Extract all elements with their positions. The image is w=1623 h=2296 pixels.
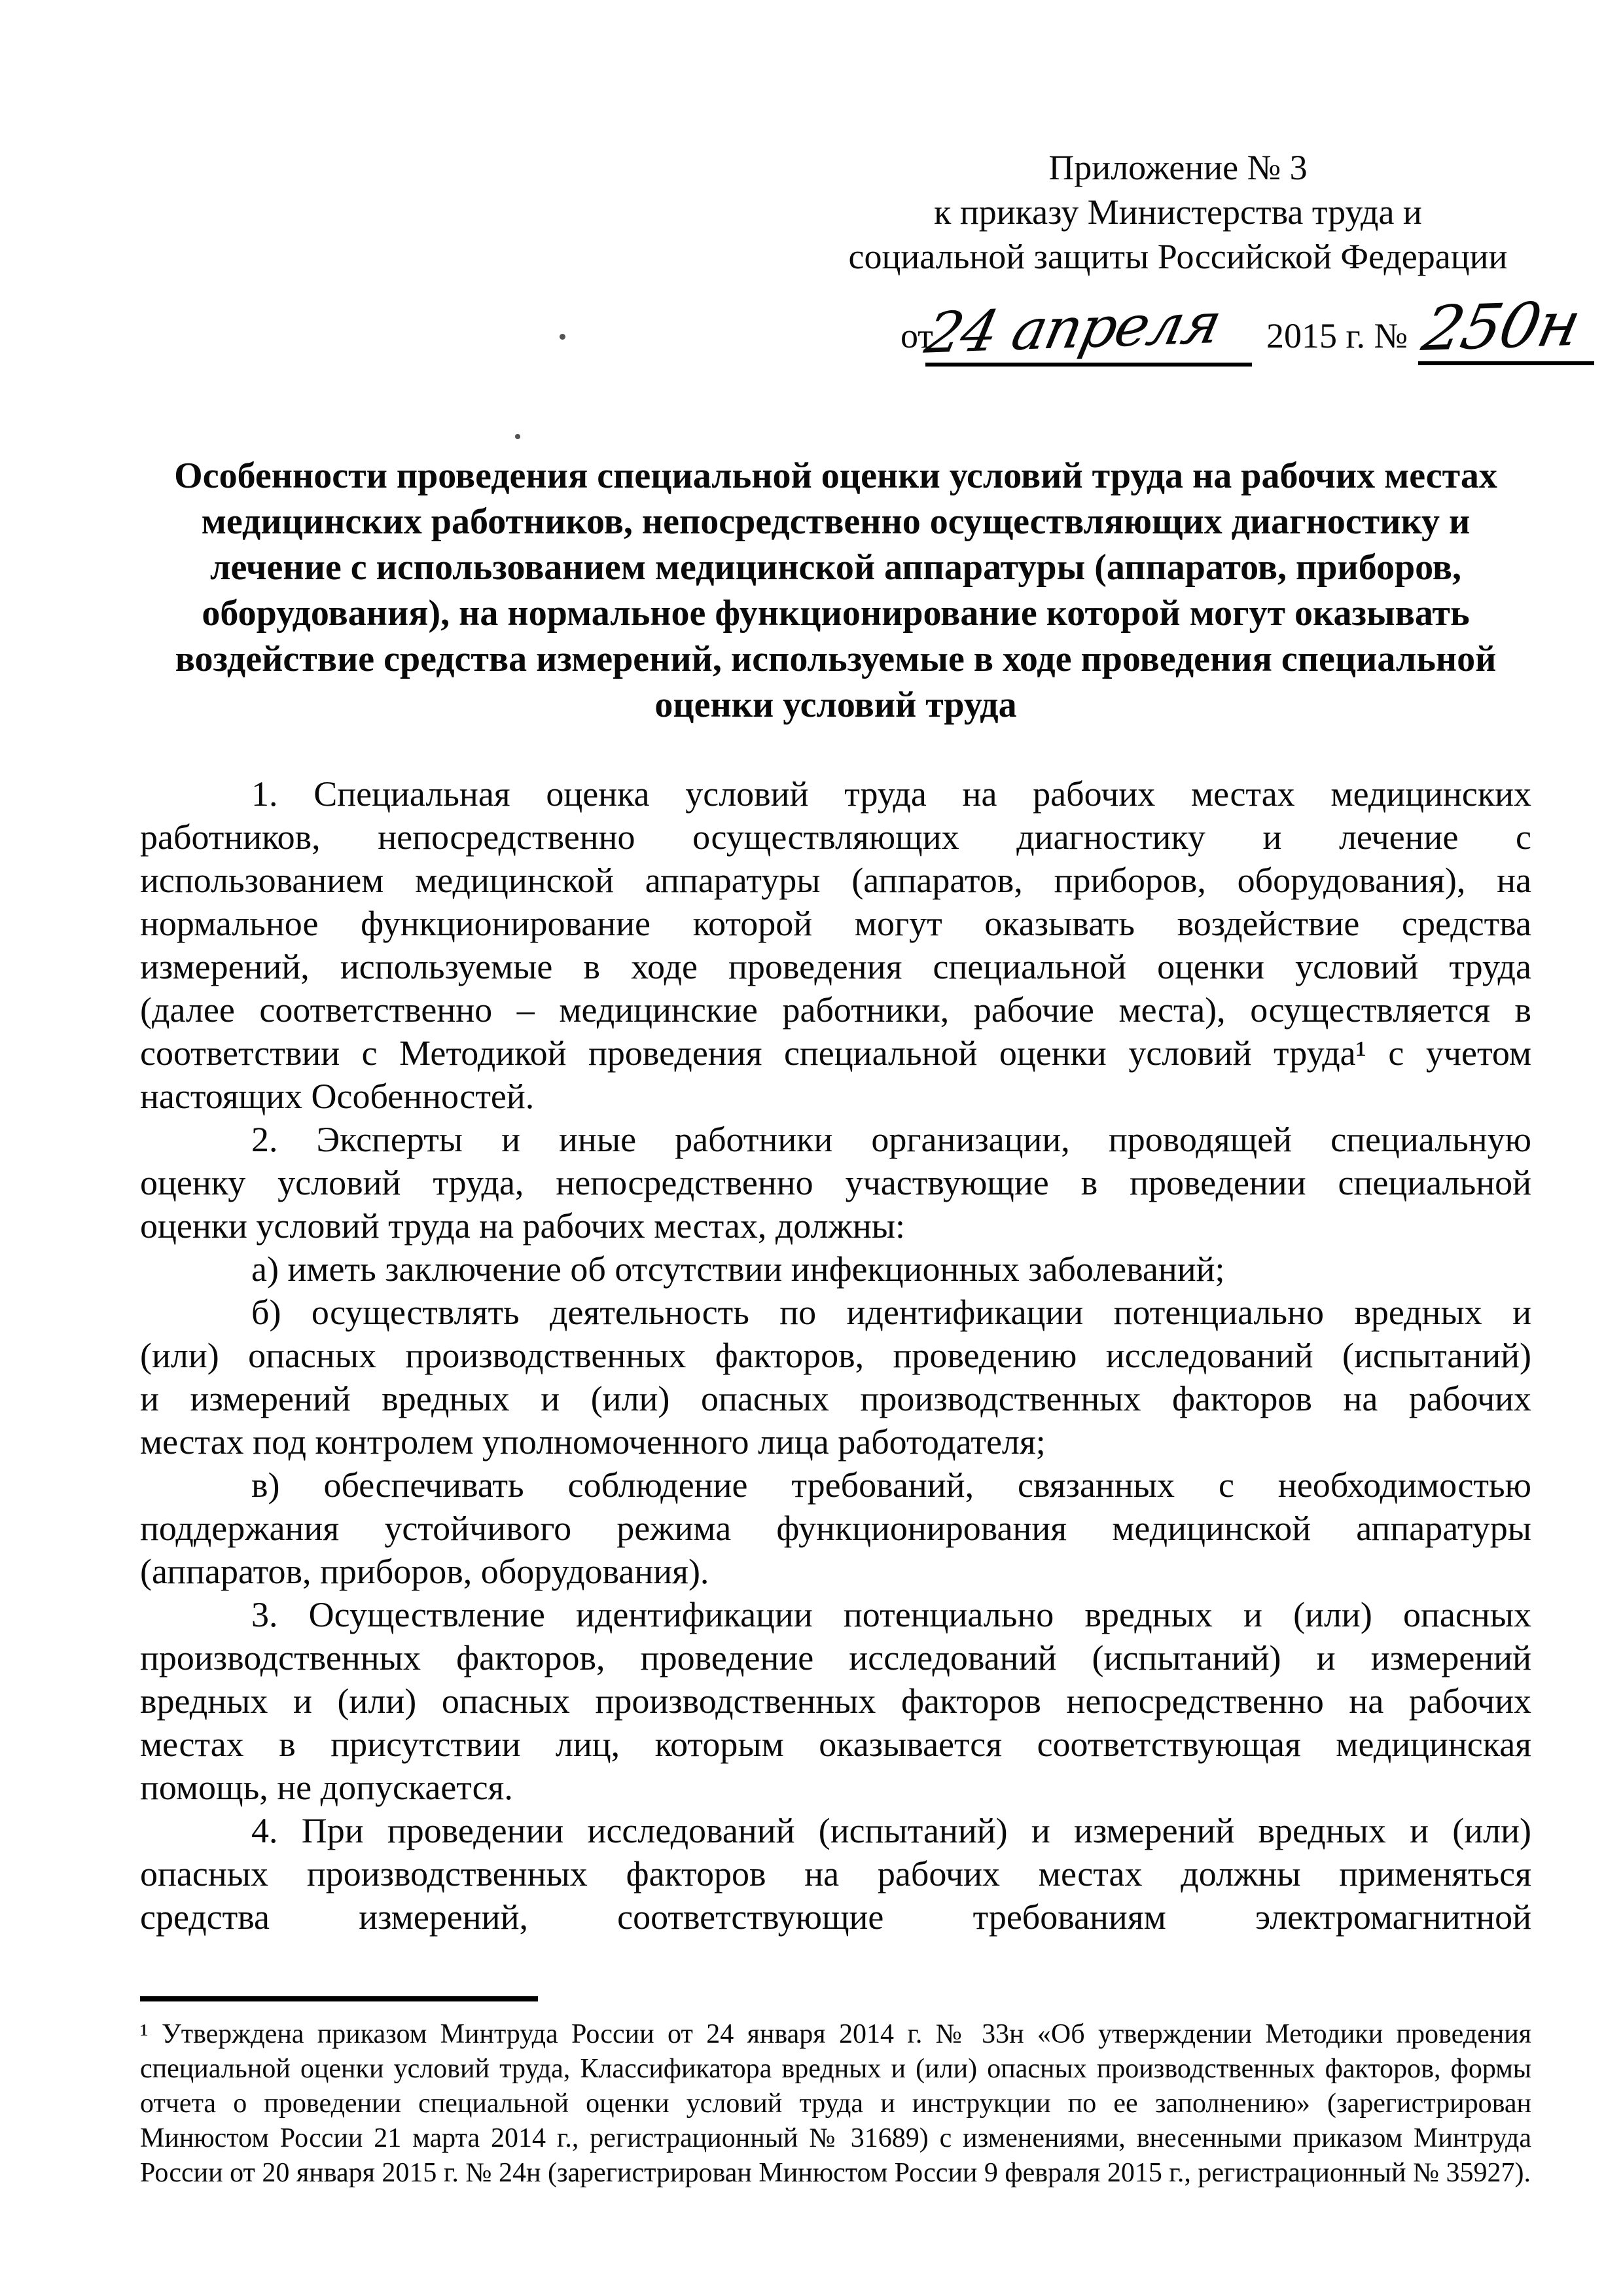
body-line: производственных факторов, проведение ис… [140,1636,1531,1679]
title-line: медицинских работников, непосредственно … [140,499,1531,545]
footnote-separator [140,1996,538,2001]
paragraph: 1. Специальная оценка условий труда на р… [140,772,1531,1118]
body-line: поддержания устойчивого режима функциони… [140,1507,1531,1550]
body-line: нормальное функционирование которой могу… [140,902,1531,945]
body-line: местах в присутствии лиц, которым оказыв… [140,1723,1531,1766]
title-line: лечение с использованием медицинской апп… [140,545,1531,590]
body-line: а) иметь заключение об отсутствии инфекц… [140,1247,1531,1291]
body-line: оценки условий труда на рабочих местах, … [140,1204,1531,1247]
handwritten-order-number: 250н [1417,291,1586,364]
paragraph: а) иметь заключение об отсутствии инфекц… [140,1247,1531,1291]
footnote-line: России от 20 января 2015 г. № 24н (зарег… [140,2156,1531,2191]
body-line: 1. Специальная оценка условий труда на р… [140,772,1531,816]
header-line: Приложение № 3 [821,145,1535,190]
footnote-line: Минюстом России 21 марта 2014 г., регист… [140,2121,1531,2156]
paragraph: 2. Эксперты и иные работники организации… [140,1118,1531,1247]
title-line: оценки условий труда [140,682,1531,728]
handwritten-number-underline: 250н [1418,293,1594,365]
body-line: настоящих Особенностей. [140,1075,1531,1118]
body-line: опасных производственных факторов на раб… [140,1852,1531,1895]
date-year-number-label: 2015 г. № [1266,296,1408,375]
scan-artifact-dot [560,334,565,340]
scan-artifact-dot [515,434,520,439]
body-line: средства измерений, соответствующие треб… [140,1895,1531,1939]
paragraph: 4. При проведении исследований (испытани… [140,1809,1531,1939]
body-line: (далее соответственно – медицинские рабо… [140,988,1531,1031]
paragraph: в) обеспечивать соблюдение требований, с… [140,1463,1531,1593]
body-line: использованием медицинской аппаратуры (а… [140,859,1531,902]
title-line: Особенности проведения специальной оценк… [140,453,1531,499]
body-line: вредных и (или) опасных производственных… [140,1679,1531,1723]
body-line: помощь, не допускается. [140,1766,1531,1809]
body-line: 3. Осуществление идентификации потенциал… [140,1593,1531,1636]
body-line: соответствии с Методикой проведения спец… [140,1031,1531,1075]
body-line: в) обеспечивать соблюдение требований, с… [140,1463,1531,1507]
handwritten-date-underline: 24 апреля [925,295,1252,367]
document-page: Приложение № 3к приказу Министерства тру… [0,0,1623,2296]
footnote-line: отчета о проведении специальной оценки у… [140,2087,1531,2121]
order-date-line: от 24 апреля 2015 г. № 250н [901,293,1594,375]
body-line: работников, непосредственно осуществляющ… [140,816,1531,859]
handwritten-date: 24 апреля [919,289,1226,367]
appendix-header: Приложение № 3к приказу Министерства тру… [821,145,1535,279]
title-line: оборудования), на нормальное функциониро… [140,590,1531,636]
footnote-line: специальной оценки условий труда, Класси… [140,2052,1531,2087]
body-line: оценку условий труда, непосредственно уч… [140,1161,1531,1204]
body-line: б) осуществлять деятельность по идентифи… [140,1291,1531,1334]
body-line: измерений, используемые в ходе проведени… [140,945,1531,988]
body-line: местах под контролем уполномоченного лиц… [140,1420,1531,1463]
title-line: воздействие средства измерений, использу… [140,636,1531,682]
footnote: ¹ Утверждена приказом Минтруда России от… [140,2017,1531,2191]
body-line: 4. При проведении исследований (испытани… [140,1809,1531,1852]
document-title: Особенности проведения специальной оценк… [140,453,1531,728]
body-line: 2. Эксперты и иные работники организации… [140,1118,1531,1161]
header-line: к приказу Министерства труда и [821,190,1535,234]
footnote-line: ¹ Утверждена приказом Минтруда России от… [140,2017,1531,2052]
body-line: (или) опасных производственных факторов,… [140,1334,1531,1377]
body-line: (аппаратов, приборов, оборудования). [140,1550,1531,1593]
document-body: 1. Специальная оценка условий труда на р… [140,772,1531,1939]
paragraph: 3. Осуществление идентификации потенциал… [140,1593,1531,1809]
body-line: и измерений вредных и (или) опасных прои… [140,1377,1531,1420]
paragraph: б) осуществлять деятельность по идентифи… [140,1291,1531,1463]
header-line: социальной защиты Российской Федерации [821,234,1535,279]
